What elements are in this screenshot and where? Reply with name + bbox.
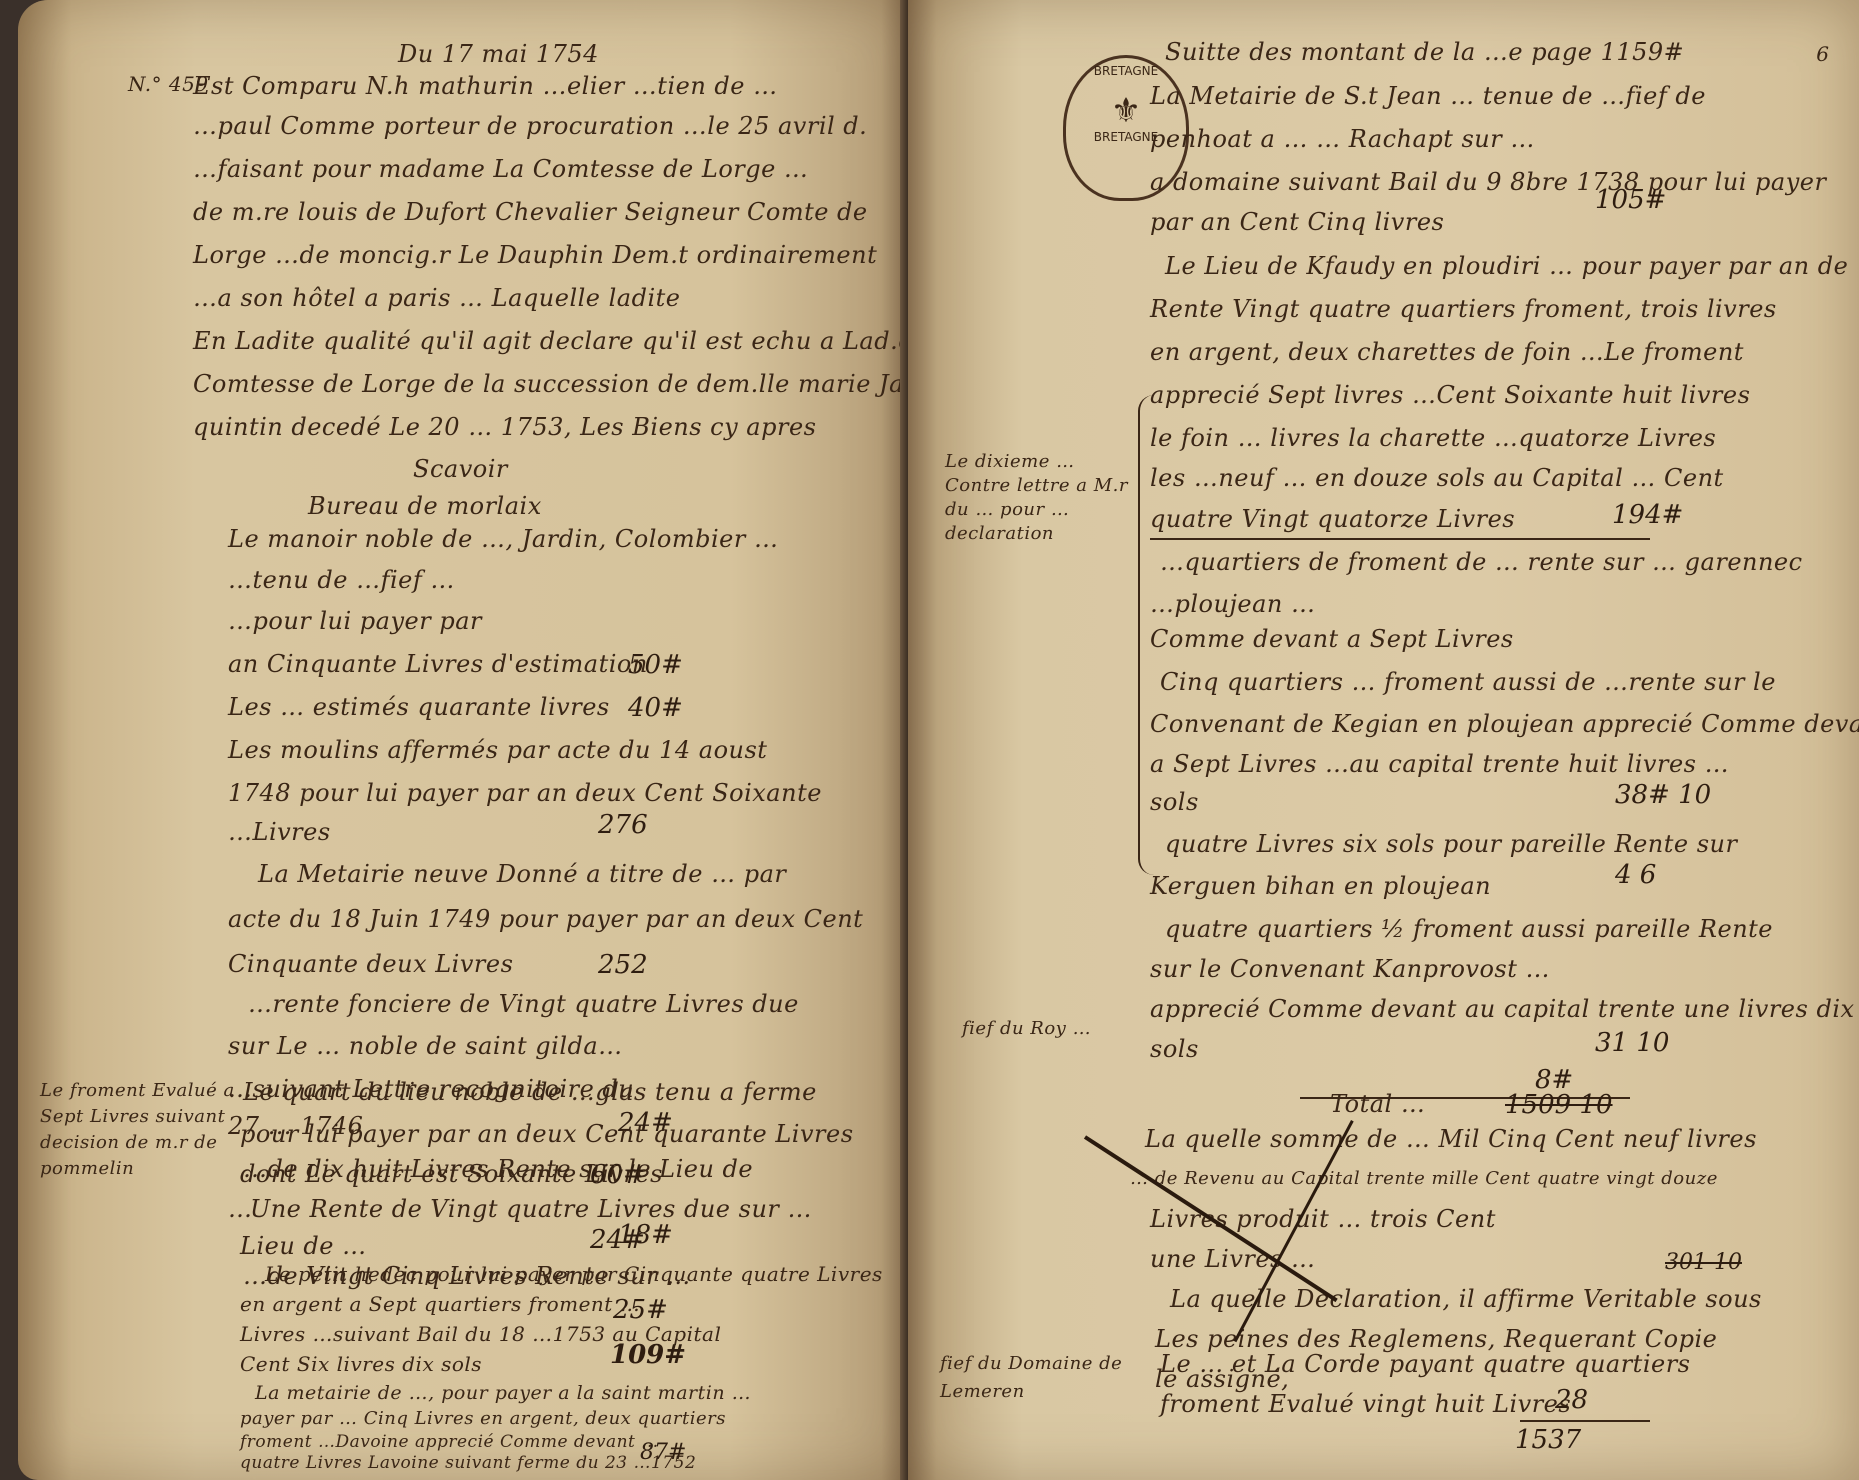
amount: 109#: [610, 1340, 686, 1370]
text-line: …pour lui payer par: [228, 607, 482, 635]
text-line: par an Cent Cinq livres: [1150, 208, 1444, 236]
text-line: sols: [1150, 788, 1199, 816]
text-line: Convenant de Kegian en ploujean apprecié…: [1150, 710, 1859, 738]
text-line: en argent a Sept quartiers froment …: [240, 1292, 640, 1316]
text-line: apprecié Comme devant au capital trente …: [1150, 995, 1855, 1023]
text-line: …: [228, 1195, 253, 1223]
stamp-top-text: BRETAGNE: [1066, 64, 1186, 78]
text-line: … de Revenu au Capital trente mille Cent…: [1130, 1168, 1718, 1189]
text-line: Lieu de …: [240, 1232, 367, 1260]
text-line: La Metairie de S.t Jean … tenue de …fief…: [1150, 82, 1706, 110]
text-line: 1748 pour lui payer par an deux Cent Soi…: [228, 779, 822, 807]
text-line: en argent, deux charettes de foin …Le fr…: [1150, 338, 1744, 366]
struck-amount: 301 10: [1665, 1250, 1742, 1275]
text-line: Lorge …de moncig.r Le Dauphin Dem.t ordi…: [193, 241, 877, 269]
margin-note: fief du Roy …: [962, 1018, 1091, 1039]
text-line: Le petit hedec pour lui payer par Cinqua…: [265, 1262, 883, 1286]
text-line: sur Le … noble de saint gilda…: [228, 1032, 623, 1060]
text-line: froment …Davoine apprecié Comme devant …: [240, 1432, 659, 1452]
amount: 105#: [1595, 185, 1666, 215]
amount: 31 10: [1595, 1028, 1669, 1058]
text-line: pour lui payer par an deux Cent quarante…: [240, 1120, 854, 1148]
text-line: La quelle somme de … Mil Cinq Cent neuf …: [1145, 1125, 1757, 1153]
text-line: sols: [1150, 1035, 1199, 1063]
amount: 40#: [628, 693, 683, 723]
amount: 24#: [590, 1225, 645, 1255]
carried-forward-line: Suitte des montant de la …e page 1159#: [1165, 38, 1684, 66]
margin-note: fief du Domaine de Lemeren: [940, 1350, 1140, 1406]
text-line: Cinq quartiers … froment aussi de …rente…: [1160, 668, 1776, 696]
text-line: …ploujean …: [1150, 590, 1315, 618]
date-heading: Du 17 mai 1754: [398, 40, 599, 68]
text-line: an Cinquante Livres d'estimation: [228, 650, 648, 678]
text-line: La metairie de …, pour payer a la saint …: [255, 1382, 751, 1404]
text-line: apprecié Sept livres …Cent Soixante huit…: [1150, 381, 1750, 409]
amount: 194#: [1612, 500, 1683, 530]
amount: 4 6: [1615, 860, 1656, 890]
text-line: Le Lieu de Kfaudy en ploudiri … pour pay…: [1165, 252, 1848, 280]
text-line: Le manoir noble de …, Jardin, Colombier …: [228, 525, 778, 553]
text-line: …rente fonciere de Vingt quatre Livres d…: [248, 990, 799, 1018]
text-line: …tenu de …fief …: [228, 566, 455, 594]
text-line: Cinquante deux Livres: [228, 950, 513, 978]
text-line: Scavoir: [413, 455, 508, 483]
text-line: Les moulins affermés par acte du 14 aous…: [228, 736, 767, 764]
text-line: La Metairie neuve Donné a titre de … par: [258, 860, 786, 888]
text-line: Une Rente de Vingt quatre Livres due sur…: [250, 1195, 812, 1223]
text-line: …Livres: [228, 818, 331, 846]
text-line: Cent Six livres dix sols: [240, 1352, 482, 1376]
page-number: 6: [1816, 42, 1829, 66]
total-label: Total …: [1330, 1090, 1425, 1118]
text-line: les …neuf … en douze sols au Capital … C…: [1150, 464, 1724, 492]
text-line: quatre quartiers ½ froment aussi pareill…: [1165, 915, 1773, 943]
margin-note: Le froment Evalué a Sept Livres suivant …: [40, 1078, 240, 1182]
text-line: Rente Vingt quatre quartiers froment, tr…: [1150, 295, 1777, 323]
text-line: a Sept Livres …au capital trente huit li…: [1150, 750, 1729, 778]
text-line: penhoat a … … Rachapt sur …: [1150, 125, 1535, 153]
text-line: quatre Livres six sols pour pareille Ren…: [1165, 830, 1737, 858]
text-line: Le … et La Corde payant quatre quartiers: [1160, 1350, 1691, 1378]
text-line: …paul Comme porteur de procuration …le 2…: [193, 112, 867, 140]
margin-note: Le dixieme … Contre lettre a M.r du … po…: [945, 450, 1145, 546]
text-line: payer par … Cinq Livres en argent, deux …: [240, 1408, 726, 1429]
text-line: …a son hôtel a paris … Laquelle ladite: [193, 284, 681, 312]
text-line: de m.re louis de Dufort Chevalier Seigne…: [193, 198, 868, 226]
amount: 28: [1555, 1385, 1588, 1415]
text-line: sur le Convenant Kanprovost …: [1150, 955, 1550, 983]
text-line: quintin decedé Le 20 … 1753, Les Biens c…: [193, 413, 816, 441]
total-rule: [1150, 538, 1650, 540]
text-line: a domaine suivant Bail du 9 8bre 1738 po…: [1150, 168, 1826, 196]
text-line: …quartiers de froment de … rente sur … g…: [1160, 548, 1803, 576]
amount: 252: [598, 950, 648, 980]
text-line: Le quart du lieu noble de …glas tenu a f…: [243, 1078, 817, 1106]
text-line: quatre Vingt quatorze Livres: [1150, 505, 1515, 533]
section-heading: Bureau de morlaix: [308, 492, 542, 520]
text-line: …faisant pour madame La Comtesse de Lorg…: [193, 155, 808, 183]
amount: 60#: [590, 1160, 645, 1190]
text-line: froment Evalué vingt huit Livres: [1160, 1390, 1571, 1418]
text-line: le foin … livres la charette …quatorze L…: [1150, 424, 1716, 452]
text-line: Comtesse de Lorge de la succession de de…: [193, 370, 999, 398]
text-line: Livres produit … trois Cent: [1150, 1205, 1496, 1233]
text-line: Les … estimés quarante livres: [228, 693, 610, 721]
text-line: En Ladite qualité qu'il agit declare qu'…: [193, 327, 990, 355]
manuscript-spread: Du 17 mai 1754 N.° 459 Est Comparu N.h m…: [0, 0, 1859, 1480]
struck-total: 1509 10: [1505, 1090, 1613, 1120]
text-line: quatre Livres Lavoine suivant ferme du 2…: [240, 1453, 696, 1473]
text-line: Est Comparu N.h mathurin …elier …tien de…: [193, 72, 778, 100]
text-line: Comme devant a Sept Livres: [1150, 625, 1514, 653]
amount: 87#: [640, 1440, 686, 1465]
total-rule: [1520, 1420, 1650, 1422]
text-line: acte du 18 Juin 1749 pour payer par an d…: [228, 905, 863, 933]
amount: 38# 10: [1615, 780, 1711, 810]
left-page: Du 17 mai 1754 N.° 459 Est Comparu N.h m…: [18, 0, 908, 1480]
amount: 276: [598, 810, 648, 840]
amount: 50#: [628, 650, 683, 680]
text-line: Kerguen bihan en ploujean: [1150, 872, 1491, 900]
grand-total: 1537: [1515, 1425, 1581, 1455]
